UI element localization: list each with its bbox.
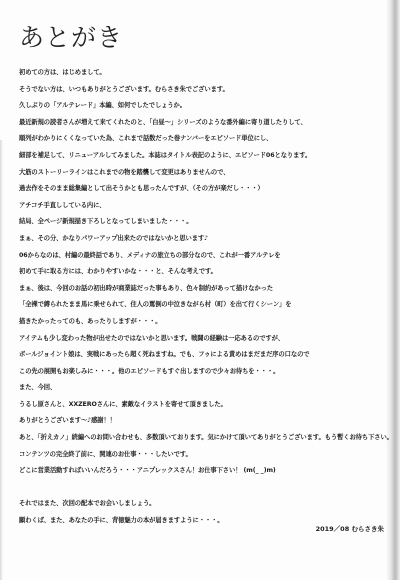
paragraph-line: 最近新規の読者さんが増えて来てくれたのと、「白昼～」シリーズのような番外編に寄り…: [19, 115, 389, 132]
paragraph-line: 06からなのは、村編の最終話であり、メディナの旅立ちの部分なので、これが一番アル…: [19, 248, 389, 265]
paragraph-line: ありがとうございます～♪感謝！！: [19, 413, 389, 430]
page-title: あとがき: [19, 18, 123, 54]
paragraph-line: まぁ、その分、かなりパワーアップ出来たのではないかと思います♪: [19, 231, 389, 248]
afterword-page: あとがき 初めての方は、はじめまして。 そうでない方は、いつもありがとうございま…: [0, 0, 400, 580]
paragraph-line: 「全裸で縛られたまま馬に乗せられて、住人の罵倒の中泣きながら村（町）を出て行くシ…: [19, 297, 389, 314]
paragraph-line: この先の展開もお楽しみに・・・。他のエピソードもすぐ出しますので少々お待ちを・・…: [19, 364, 389, 381]
paragraph-line: 初めて手に取る方には、わかりやすいかな・・・と、そんな考えです。: [19, 264, 389, 281]
paragraph-line: そうでない方は、いつもありがとうございます。むらさき朱でございます。: [19, 82, 389, 99]
signature-date: 2019／08 むらさき朱: [0, 524, 384, 533]
paragraph-line: 細部を補足して、リニューアルしてみました。本誌はタイトル表記のように、エピソード…: [19, 148, 389, 165]
paragraph-line: うるし原さんと、XXZEROさんに、素敵なイラストを寄せて頂きました。: [19, 397, 389, 414]
paragraph-line: 過去作をそのまま総集編として出そうかとも思ったんですが、（その方が楽だし・・・）: [19, 181, 389, 198]
afterword-body: 初めての方は、はじめまして。 そうでない方は、いつもありがとうございます。むらさ…: [19, 65, 389, 530]
paragraph-line: あと、「折えカノ」続編へのお問い合わせも、多数頂いております。気にかけて頂いてあ…: [19, 430, 389, 447]
paragraph-line: アイテムも少し変わった物が出せたのではないかと思います。戦闘の経験は一応あるので…: [19, 331, 389, 348]
paragraph-line: 描きたかったってのも、あったりしますが・・・。: [19, 314, 389, 331]
page-left-shadow: [0, 140, 3, 580]
paragraph-line: 順列がわかりにくくなっていた為、これまで話数だった巻ナンバーをエピソード単位にし…: [19, 131, 389, 148]
paragraph-gap: [19, 480, 389, 497]
paragraph-line: どこに営業活動すればいいんだろう・・・アニプレックスさん！お仕事下さい！ (m(…: [19, 463, 389, 480]
paragraph-line: アチコチ手直ししている内に、: [19, 198, 389, 215]
paragraph-line: 結局、全ページ新規描き下ろしとなってしまいました・・・。: [19, 214, 389, 231]
paragraph-line: ボールジョイント娘は、実戦にあったら超く死ねますね。でも、フゥによる責めはまだま…: [19, 347, 389, 364]
paragraph-line: 初めての方は、はじめまして。: [19, 65, 389, 82]
paragraph-line: まぁ、後は、今回のお話の初出時が商業誌だった事もあり、色々制約があって描けなかっ…: [19, 281, 389, 298]
paragraph-line: 久しぶりの「アルテレード」本編、如何でしたでしょうか。: [19, 98, 389, 115]
paragraph-line: また、今回、: [19, 380, 389, 397]
paragraph-line: 大筋のストーリーラインはこれまでの物を踏襲して変更はありませんので、: [19, 165, 389, 182]
paragraph-line: それではまた、次回の配本でお会いしましょう。: [19, 496, 389, 513]
paragraph-line: コンテンツの完全終了前に、関連のお仕事・・・したいです。: [19, 447, 389, 464]
